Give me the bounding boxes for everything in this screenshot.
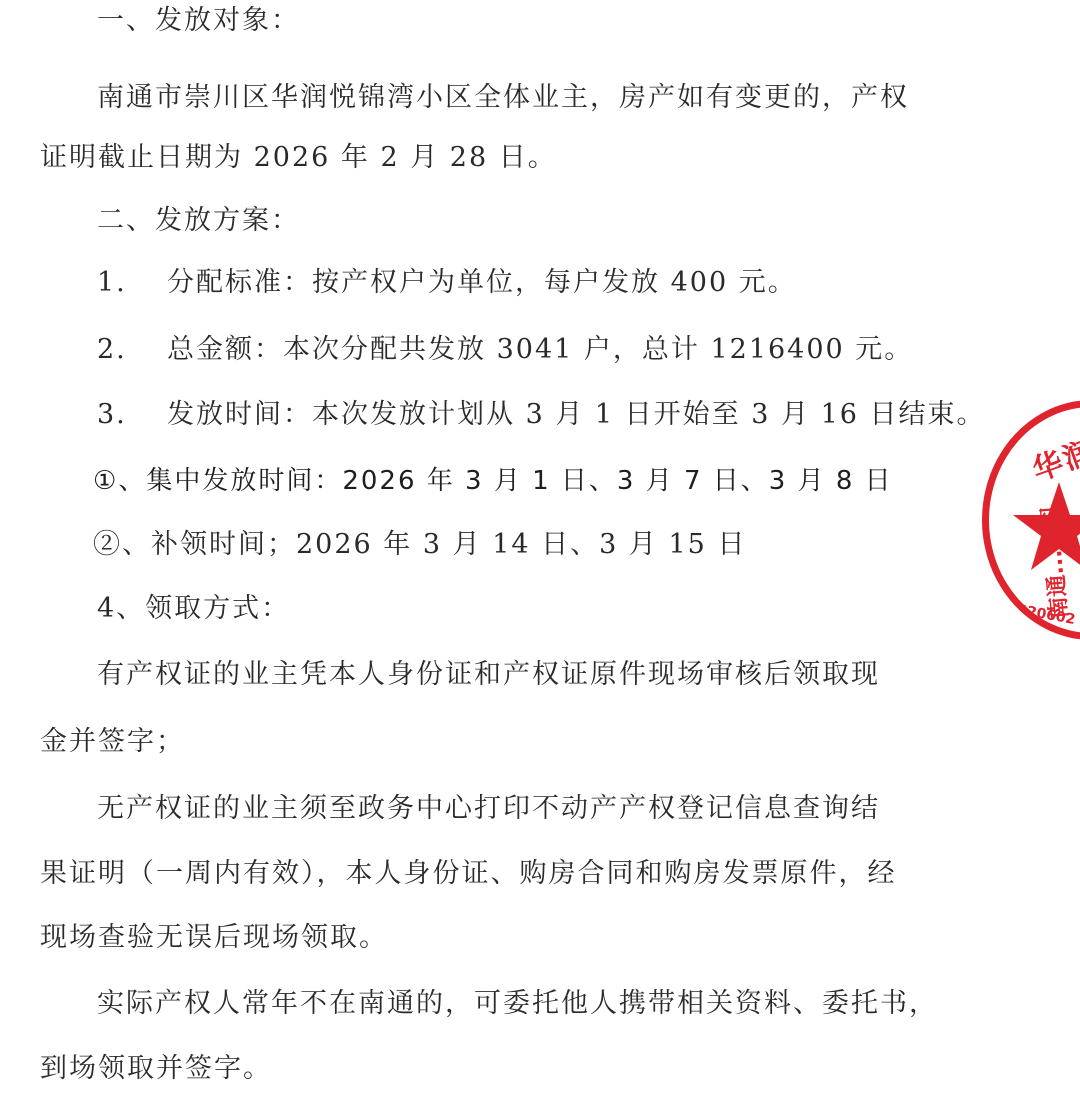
list-item-2: 2.总金额：本次分配共发放 3041 户，总计 1216400 元。 [97, 333, 913, 367]
star-icon [1009, 477, 1080, 577]
list-item-1: 1.分配标准：按产权户为单位，每户发放 400 元。 [97, 266, 797, 300]
circled-marker: ① [93, 466, 118, 496]
circled-marker: ② [93, 529, 122, 560]
item-number: 1. [97, 266, 167, 300]
item4-heading: 4、领取方式： [97, 592, 290, 626]
item-number: 3. [97, 398, 167, 432]
para-c-line2: 到场领取并签字。 [40, 1052, 272, 1086]
item-text: 发放时间：本次发放计划从 3 月 1 日开始至 3 月 16 日结束。 [167, 399, 986, 430]
sub-item-2: ②、补领时间；2026 年 3 月 14 日、3 月 15 日 [93, 528, 746, 562]
para-a-line1: 有产权证的业主凭本人身份证和产权证原件现场审核后领取现 [97, 658, 880, 692]
section1-para-line2: 证明截止日期为 2026 年 2 月 28 日。 [40, 141, 557, 175]
para-b-line1: 无产权证的业主须至政务中心打印不动产产权登记信息查询结 [97, 792, 880, 826]
item-text: 分配标准：按产权户为单位，每户发放 400 元。 [167, 267, 797, 298]
item-text: 总金额：本次分配共发放 3041 户，总计 1216400 元。 [167, 334, 913, 365]
para-a-line2: 金并签字； [40, 725, 185, 759]
section1-heading: 一、发放对象： [97, 4, 300, 38]
para-b-line3: 现场查验无误后现场领取。 [40, 921, 388, 955]
sub-item-1: ①、集中发放时间：2026 年 3 月 1 日、3 月 7 日、3 月 8 日 [93, 464, 893, 498]
para-b-line2: 果证明（一周内有效），本人身份证、购房合同和购房发票原件，经 [40, 857, 897, 891]
item-number: 2. [97, 333, 167, 367]
para-c-line1: 实际产权人常年不在南通的，可委托他人携带相关资料、委托书， [97, 987, 938, 1021]
official-seal: 华润悦锦 南通...公司 320602 [982, 400, 1080, 640]
list-item-3: 3.发放时间：本次发放计划从 3 月 1 日开始至 3 月 16 日结束。 [97, 398, 986, 432]
section1-para-line1: 南通市崇川区华润悦锦湾小区全体业主，房产如有变更的，产权 [97, 81, 909, 115]
section2-heading: 二、发放方案： [97, 204, 300, 238]
